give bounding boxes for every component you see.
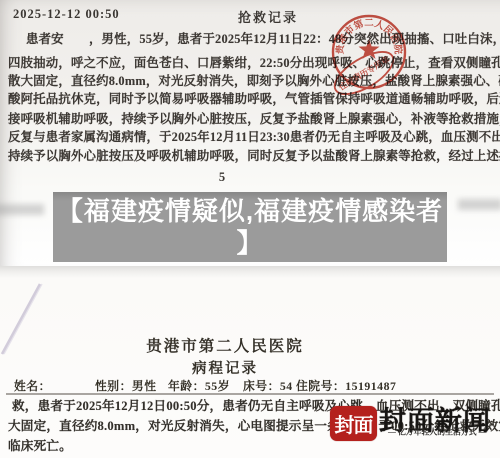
page-number: 5 [210, 170, 234, 185]
rescue-record-header: 2025-12-12 00:50 抢救记录 [0, 7, 500, 23]
record-text-line: 接呼吸机辅助呼吸，持续予以胸外心脏按压，反复予盐酸肾上腺素强心，补液等抢救措施， [8, 112, 494, 126]
field-bed-number: 床号：54 [243, 377, 293, 394]
hospital-name: 贵港市第二人民医院 [0, 334, 450, 356]
seal-star-icon [359, 39, 380, 59]
note-text-line: 救，患者于2025年12月12日00:50分，患者仍无自主呼吸及心跳，血压测不出… [8, 399, 498, 413]
progress-note-document: 贵港市第二人民医院 病程记录 姓名： 性别：男性 年龄：55岁 床号：54 住院… [0, 266, 500, 458]
headline-banner: 【福建疫情疑似,福建疫情感染者 】 [53, 192, 447, 262]
news-photo-screenshot: 2025-12-12 00:50 抢救记录 患者安 ，男性，55岁，患者于202… [0, 0, 500, 458]
record-text-line: 散大固定，直径约8.0mm，对光反射消失，即刻予以胸外心脏按压，盐酸肾上腺素强心… [8, 74, 494, 88]
note-text-line: 大固定，直径约8.0mm，对光反射消失，心电图提示呈一条直线，于00:50分经抢… [8, 419, 498, 433]
photo-smudge [0, 204, 44, 215]
record-text-line: 反复与患者家属沟通病情，于2025年12月11日23:30患者仍无自主呼吸及心跳… [8, 130, 494, 144]
field-age: 年龄：55岁 [168, 377, 230, 394]
seal-oval-text: 住院病历专用章 [337, 54, 392, 93]
record-title: 抢救记录 [238, 7, 298, 26]
record-text-line: 酸阿托品抗休克，同时予以简易呼吸器辅助呼吸，气管插管保持呼吸道通畅辅助呼吸，后连 [8, 92, 494, 106]
photo-smudge [458, 199, 500, 210]
headline-text-line1: 【福建疫情疑似,福建疫情感染者 [57, 195, 443, 227]
record-datetime: 2025-12-12 00:50 [13, 7, 120, 22]
field-admission-number: 住院号：15191487 [296, 377, 396, 394]
record-text-line: 四肢抽动，呼之不应，面色苍白、口唇紫绀，22:50分出现呼吸、心跳停止，查看双侧… [8, 56, 494, 70]
progress-note-title: 病程记录 [0, 357, 450, 378]
hospital-seal-stamp-icon: 贵港市第二人民医院 住院病历专用章 [325, 8, 420, 103]
headline-text-line2: 】 [236, 227, 263, 259]
record-text-line: 持续予以胸外心脏按压及呼吸机辅助呼吸，同时反复予以盐酸肾上腺素等抢救，经过上述抢 [8, 149, 494, 163]
field-patient-name: 姓名： [14, 377, 51, 394]
fields-divider [6, 393, 494, 395]
field-gender: 性别：男性 [95, 377, 157, 394]
note-text-line: 临床死亡。 [8, 439, 498, 453]
record-text-line: 患者安 ，男性，55岁，患者于2025年12月11日22：48分突然出现抽搐、口… [8, 32, 494, 46]
